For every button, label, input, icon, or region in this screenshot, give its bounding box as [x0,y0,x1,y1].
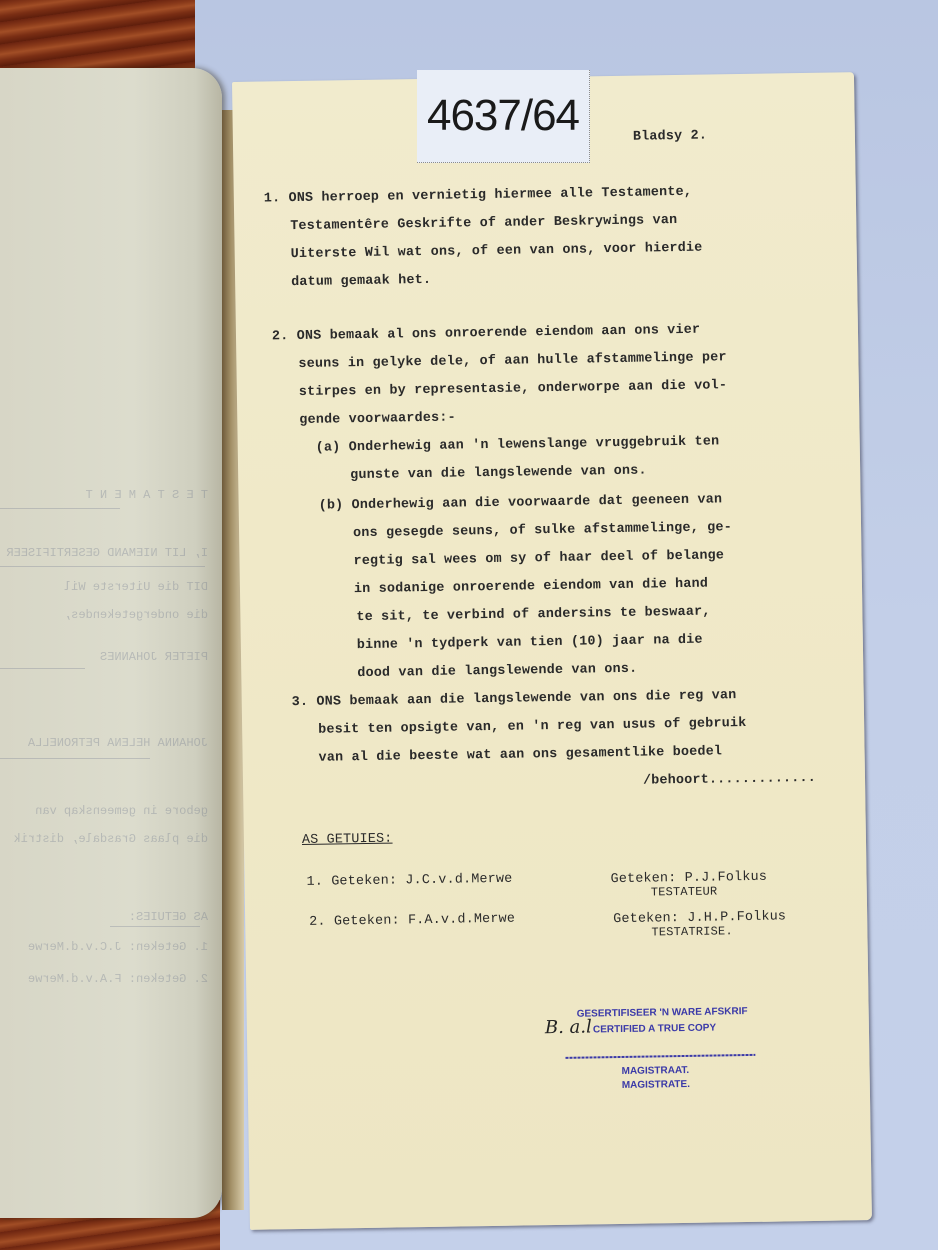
bleedthrough-underline [0,508,120,509]
bleedthrough-underline [110,926,200,927]
clause-2b-line: in sodanige onroerende eiendom van die h… [354,577,708,598]
bleedthrough-text: gebore in gemeenskap van [0,804,208,818]
clause-2b-line: binne 'n tydperk van tien (10) jaar na d… [357,633,703,653]
stamp-magistraat: MAGISTRAAT. [622,1065,690,1077]
bleedthrough-text: JOHANNA HELENA PETRONELLA [0,736,208,750]
stamp-signature-line [565,1054,755,1059]
clause-2-line: stirpes en by representasie, onderworpe … [299,378,727,400]
bleedthrough-underline [0,668,85,669]
clause-2-line: gende voorwaardes:- [299,411,456,428]
bleedthrough-text: AS GETUIES: [0,910,208,924]
clause-2a-line: (a) Onderhewig aan 'n lewenslange vrugge… [316,434,720,455]
testator-role: TESTATEUR [651,884,718,899]
document-page: Bladsy 2. 1. ONS herroep en vernietig hi… [232,72,872,1230]
testatrix-role: TESTATRISE. [651,924,733,939]
initials-signature: B. a.l [545,1016,592,1038]
clause-1-line: Testamentêre Geskrifte of ander Beskrywi… [290,213,677,234]
witnesses-heading: AS GETUIES: [302,832,393,848]
clause-3-line: van al die beeste wat aan ons gesamentli… [319,744,723,765]
reference-number-label: 4637/64 [417,70,590,163]
clause-2b-line: te sit, te verbind of andersins te beswa… [356,605,710,626]
clause-2-line: 2. ONS bemaak al ons onroerende eiendom … [272,323,700,345]
clause-2b-line: dood van die langslewende van ons. [357,662,637,681]
clause-1-line: datum gemaak het. [291,273,431,290]
clause-2b-line: (b) Onderhewig aan die voorwaarde dat ge… [319,492,723,513]
clause-2b-line: ons gesegde seuns, of sulke afstammeling… [353,520,732,541]
stamp-line-afrikaans: GESERTIFISEER 'N WARE AFSKRIF [577,1006,748,1020]
bleedthrough-text: 1. Geteken: J.C.v.d.Merwe [0,940,208,954]
stamp-magistrate: MAGISTRATE. [622,1079,690,1091]
left-curled-page: T E S T A M E N T I, LIT NIEMAND GESERTI… [0,68,222,1218]
page-number: Bladsy 2. [633,129,707,145]
bleedthrough-underline [0,566,205,567]
bleedthrough-text: die ondergetekendes, [0,608,208,622]
bleedthrough-text: PIETER JOHANNES [0,650,208,664]
witness-signature: 1. Geteken: J.C.v.d.Merwe [306,872,512,890]
continuation-marker: /behoort............. [643,771,816,789]
clause-3-line: 3. ONS bemaak aan die langslewende van o… [292,688,737,710]
stamp-line-english: CERTIFIED A TRUE COPY [593,1023,716,1036]
clause-1-line: Uiterste Wil wat ons, of een van ons, vo… [291,241,703,262]
bleedthrough-text: 2. Geteken: F.A.v.d.Merwe [0,972,208,986]
clause-2-line: seuns in gelyke dele, of aan hulle afsta… [298,350,726,372]
bleedthrough-text: die plaas Grasdale, distrik [0,832,208,846]
bleedthrough-underline [0,758,150,759]
clause-2b-line: regtig sal wees om sy of haar deel of be… [353,548,724,569]
bleedthrough-text: I, LIT NIEMAND GESERTIFISEER [0,546,208,560]
bleedthrough-text: DIT die Uiterste Wil [0,580,208,594]
clause-1-line: 1. ONS herroep en vernietig hiermee alle… [264,185,692,207]
bleedthrough-text: T E S T A M E N T [0,488,208,502]
clause-3-line: besit ten opsigte van, en 'n reg van usu… [318,716,746,738]
clause-2a-line: gunste van die langslewende van ons. [350,464,647,484]
witness-signature: 2. Geteken: F.A.v.d.Merwe [309,912,515,930]
